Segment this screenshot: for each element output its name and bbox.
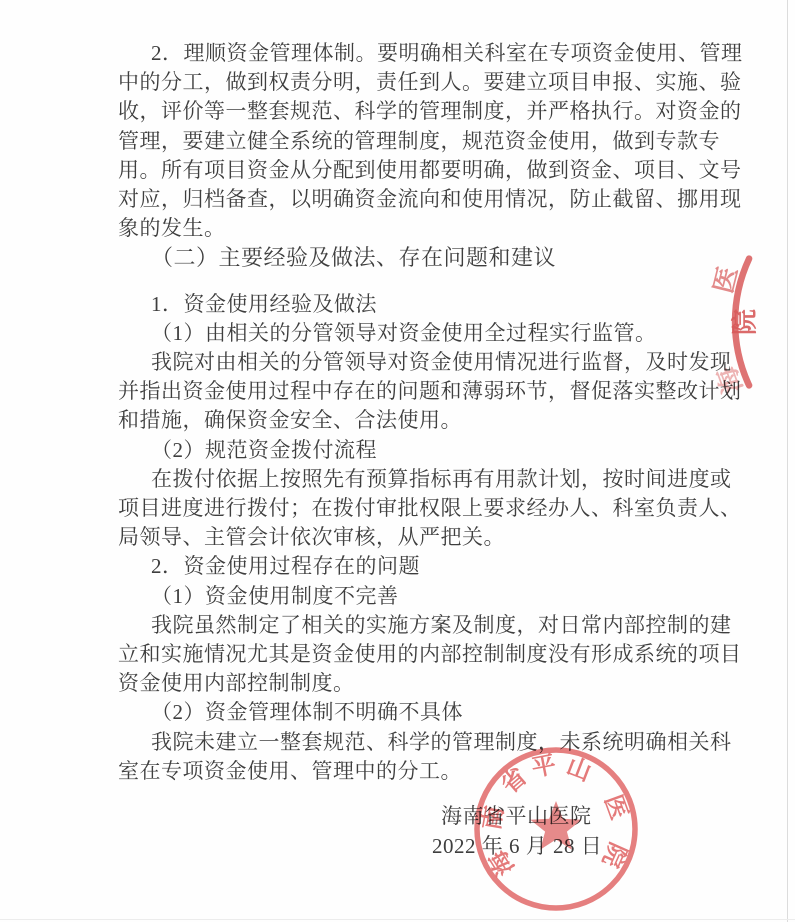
document-page: { "doc": { "lines": [ { "t": "2．理顺资金管理体制… <box>0 0 795 922</box>
text-line: 管理，要建立健全系统的管理制度，规范资金使用，做到专款专 <box>118 127 724 156</box>
text-line: 象的发生。 <box>118 214 724 243</box>
text-line: 对应，归档备查，以明确资金流向和使用情况，防止截留、挪用现 <box>118 185 724 214</box>
text-line: 资金使用内部控制制度。 <box>118 669 724 698</box>
signature-org: 海南省平山医院 <box>432 801 602 831</box>
text-line: 我院虽然制定了相关的实施方案及制度，对日常内部控制的建 <box>118 611 724 640</box>
text-line: 1．资金使用经验及做法 <box>118 290 724 319</box>
text-line: 2．理顺资金管理体制。要明确相关科室在专项资金使用、管理 <box>118 39 724 68</box>
text-line: 2．资金使用过程存在的问题 <box>118 552 724 581</box>
text-line: （2）资金管理体制不明确不具体 <box>118 698 724 727</box>
text-line: 项目进度进行拨付；在拨付审批权限上要求经办人、科室负责人、 <box>118 494 724 523</box>
document-text-block: 2．理顺资金管理体制。要明确相关科室在专项资金使用、管理中的分工，做到权责分明，… <box>118 39 724 786</box>
text-line: 用。所有项目资金从分配到使用都要明确，做到资金、项目、文号 <box>118 156 724 185</box>
page-bottom-line <box>0 919 795 920</box>
edge-seal-char: 院 <box>731 309 760 335</box>
text-line: 收，评价等一整套规范、科学的管理制度，并严格执行。对资金的 <box>118 97 724 126</box>
text-line: 我院对由相关的分管领导对资金使用情况进行监督，及时发现 <box>118 348 724 377</box>
text-line: 在拨付依据上按照先有预算指标再有用款计划，按时间进度或 <box>118 465 724 494</box>
signature-date: 2022 年 6 月 28 日 <box>432 831 602 861</box>
text-line: 并指出资金使用过程中存在的问题和薄弱环节，督促落实整改计划 <box>118 377 724 406</box>
text-line: 局领导、主管会计依次审核，从严把关。 <box>118 523 724 552</box>
text-line: 和措施，确保资金安全、合法使用。 <box>118 406 724 435</box>
text-line: 立和实施情况尤其是资金使用的内部控制制度没有形成系统的项目 <box>118 640 724 669</box>
text-line: （2）规范资金拨付流程 <box>118 436 724 465</box>
seal-char: 医 <box>599 791 633 823</box>
text-line: （1）由相关的分管领导对资金使用全过程实行监管。 <box>118 319 724 348</box>
text-line: （1）资金使用制度不完善 <box>118 582 724 611</box>
page-edge-line <box>787 0 788 922</box>
signature-block: 海南省平山医院 2022 年 6 月 28 日 <box>432 801 602 861</box>
text-line: 中的分工，做到权责分明，责任到人。要建立项目申报、实施、验 <box>118 68 724 97</box>
text-line: 我院未建立一整套规范、科学的管理制度，未系统明确相关科 <box>118 728 724 757</box>
edge-seal-arc <box>735 259 749 386</box>
text-line: 室在专项资金使用、管理中的分工。 <box>118 757 724 786</box>
section-heading: （二）主要经验及做法、存在问题和建议 <box>118 243 724 272</box>
